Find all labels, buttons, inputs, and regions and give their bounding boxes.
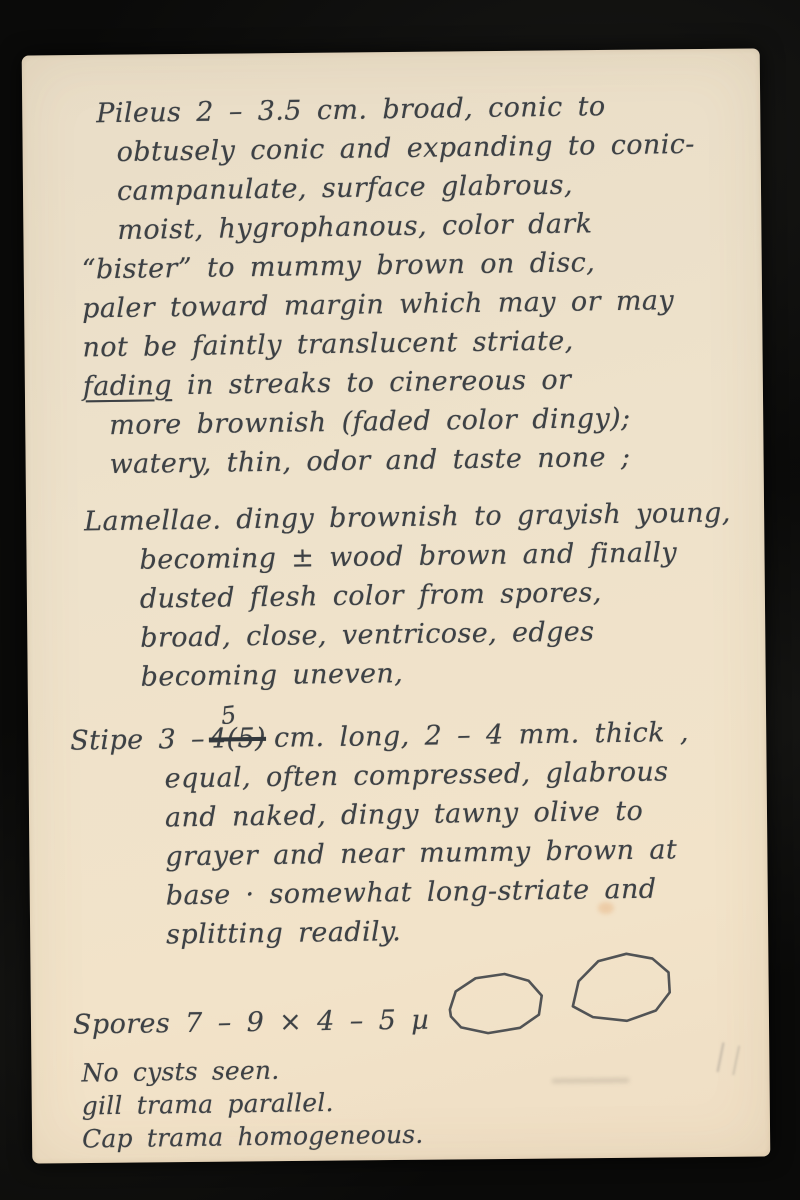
- pileus-line-text: in streaks to cinereous or: [172, 365, 572, 402]
- stipe-line-text: Stipe 3 –: [70, 724, 205, 757]
- pencil-smudge: [552, 1078, 630, 1084]
- spore-drawing-left: [442, 969, 549, 1038]
- stipe-paragraph: Stipe 3 –54(5)cm. long, 2 – 4 mm. thick …: [86, 714, 738, 954]
- lamellae-line: becoming uneven,: [140, 649, 735, 696]
- note-card: Pileus 2 – 3.5 cm. broad, conic to obtus…: [22, 48, 771, 1163]
- underlined-word: fading: [83, 370, 173, 402]
- stipe-line-text: cm. long, 2 – 4 mm. thick ,: [274, 717, 689, 754]
- stipe-line: splitting readily.: [166, 907, 738, 954]
- spore-drawing-right: [567, 949, 676, 1028]
- pileus-line: watery, thin, odor and taste none ;: [109, 436, 733, 484]
- lamellae-paragraph: Lamellae. dingy brownish to grayish youn…: [84, 495, 736, 696]
- stipe-correction: 54(5): [209, 719, 267, 759]
- pileus-paragraph: Pileus 2 – 3.5 cm. broad, conic to obtus…: [80, 87, 734, 483]
- microscopy-paragraph: No cysts seen. gill trama parallel. Cap …: [89, 1049, 740, 1154]
- paper-stain: [598, 902, 614, 914]
